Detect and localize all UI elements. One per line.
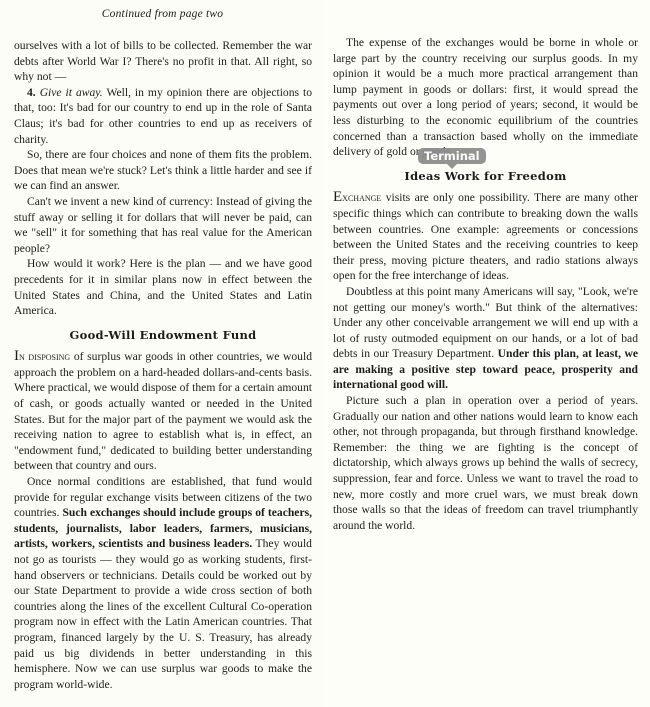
paragraph: Exchange visits are only one possibility…: [333, 190, 638, 284]
list-number: 4.: [27, 86, 36, 99]
lead-capital: E: [333, 189, 342, 205]
paragraph: The expense of the exchanges would be bo…: [333, 35, 638, 160]
section-heading: Ideas Work for Freedom: [333, 169, 638, 185]
paragraph: Can't we invent a new kind of currency: …: [14, 194, 312, 256]
document-page: Continued from page two ourselves with a…: [0, 0, 650, 707]
left-column: ourselves with a lot of bills to be coll…: [14, 38, 312, 692]
emphasis: Give it away.: [40, 86, 103, 99]
lead-smallcaps: xchange: [342, 191, 381, 204]
paragraph: Doubtless at this point many Americans w…: [333, 284, 638, 393]
paragraph: So, there are four choices and none of t…: [14, 147, 312, 194]
paragraph-text: of surplus war goods in other countries,…: [14, 350, 312, 472]
paragraph: How would it work? Here is the plan — an…: [14, 256, 312, 318]
terminal-tooltip: Terminal: [418, 148, 486, 164]
paragraph: 4. Give it away. Well, in my opinion the…: [14, 85, 312, 147]
paragraph: Once normal conditions are established, …: [14, 474, 312, 692]
paragraph: ourselves with a lot of bills to be coll…: [14, 38, 312, 85]
paragraph: Picture such a plan in operation over a …: [333, 393, 638, 533]
section-heading: Good-Will Endowment Fund: [14, 328, 312, 344]
paragraph-text: They would not go as tourists — they wou…: [14, 537, 312, 690]
lead-smallcaps: n disposing: [19, 350, 70, 363]
continued-header: Continued from page two: [0, 8, 325, 20]
paragraph: In disposing of surplus war goods in oth…: [14, 349, 312, 474]
right-column: The expense of the exchanges would be bo…: [333, 35, 638, 533]
paragraph-text: visits are only one possibility. There a…: [333, 191, 638, 282]
